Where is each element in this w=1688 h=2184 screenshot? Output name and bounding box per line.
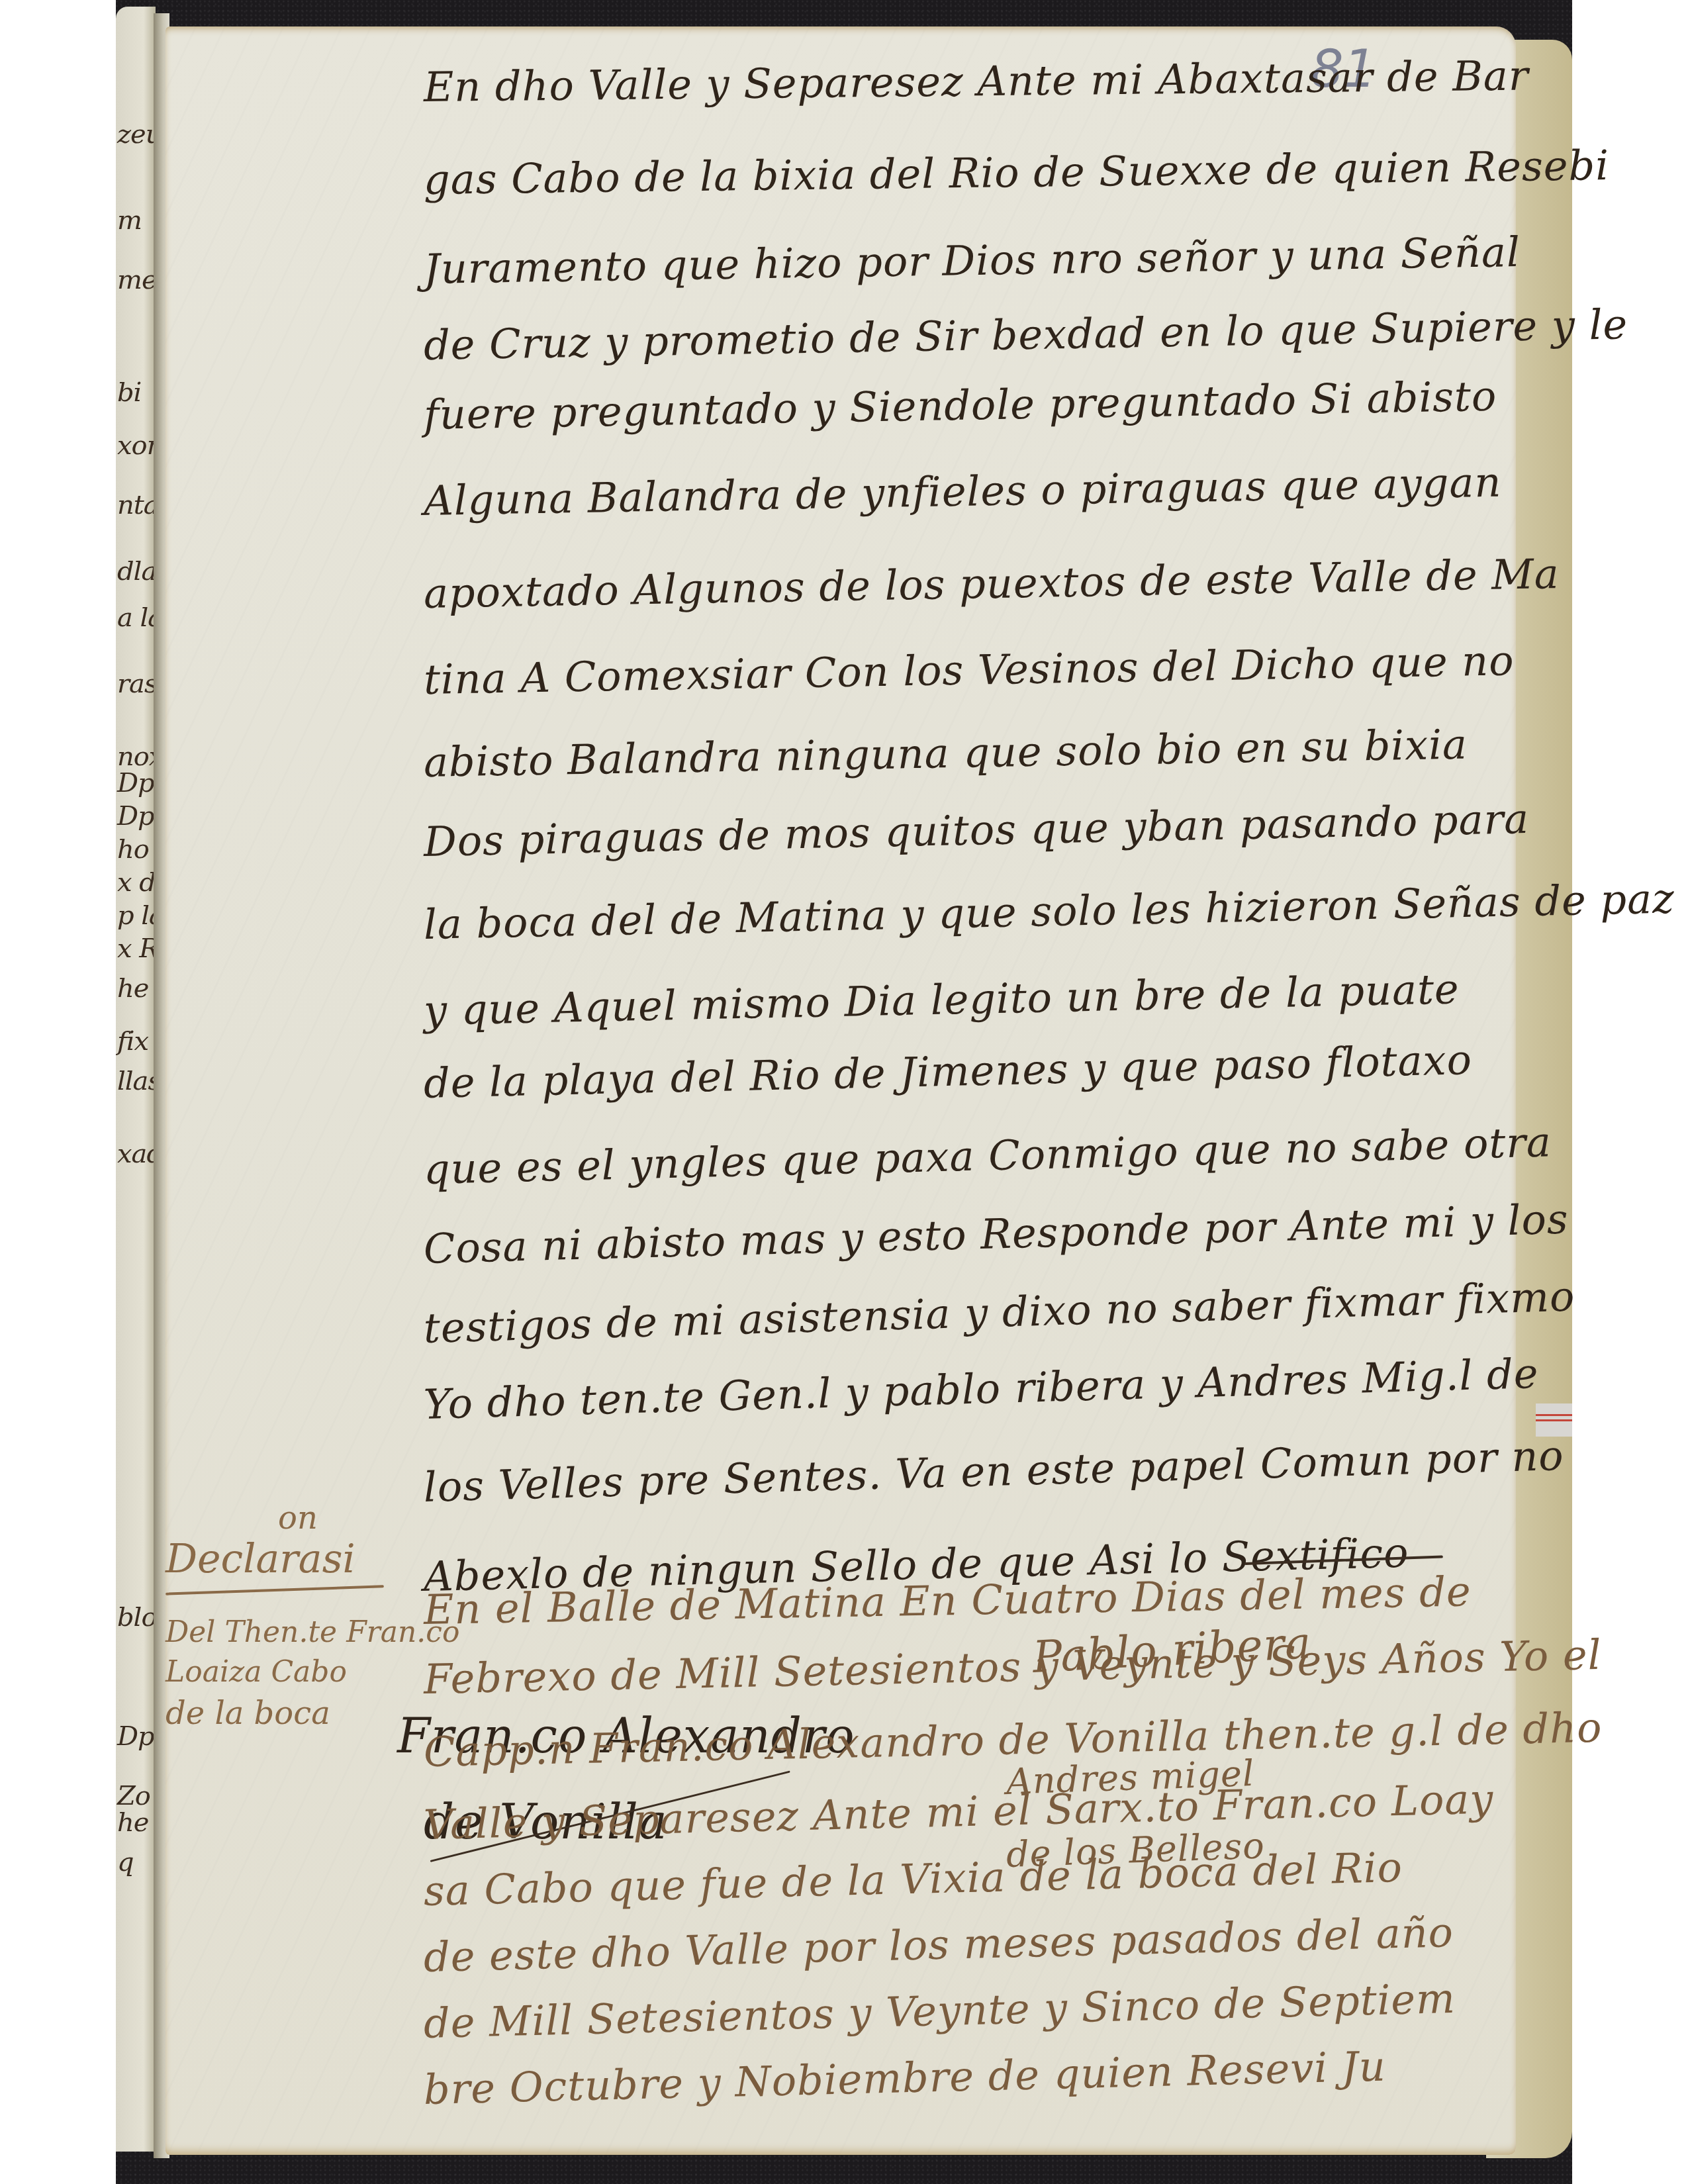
left-fragment: blor [117, 1602, 156, 1633]
margin-note-line: on [278, 1499, 318, 1537]
left-fragment: q [117, 1847, 156, 1877]
left-fragment: he [117, 1807, 156, 1838]
left-fragment: x do [117, 867, 156, 898]
left-fragment: Dp [117, 801, 156, 831]
left-fragment: fix [117, 1026, 156, 1057]
left-fragment: Dp [117, 768, 156, 798]
left-fragment: xad [117, 1139, 156, 1169]
left-fragment: xom [117, 430, 156, 461]
margin-note-line: Declarasi [165, 1536, 355, 1582]
margin-note-line: Loaiza Cabo [165, 1655, 347, 1689]
left-fragment: me [117, 265, 156, 295]
left-fragment: llas [117, 1066, 156, 1096]
margin-note-line: Del Then.te Fran.co [165, 1615, 459, 1649]
left-fragment: zeu [117, 119, 156, 150]
left-fragment: nta [117, 490, 156, 520]
left-fragment: he a [117, 973, 156, 1004]
left-fragment: ras [117, 669, 156, 699]
left-fragment: p la [117, 900, 156, 931]
left-fragment: dlar [117, 556, 156, 587]
left-fragment: a la [117, 602, 156, 633]
left-fragment: x Re [117, 933, 156, 964]
left-fragment: bi [117, 377, 156, 408]
facing-page-strip: zeu m me bi xom nta dlar a la ras noxle … [116, 7, 156, 2152]
margin-note-line: de la boca [165, 1695, 330, 1732]
left-fragment: ho te [117, 834, 156, 865]
left-fragment: m [117, 205, 156, 236]
left-fragment: Dp [117, 1721, 156, 1752]
